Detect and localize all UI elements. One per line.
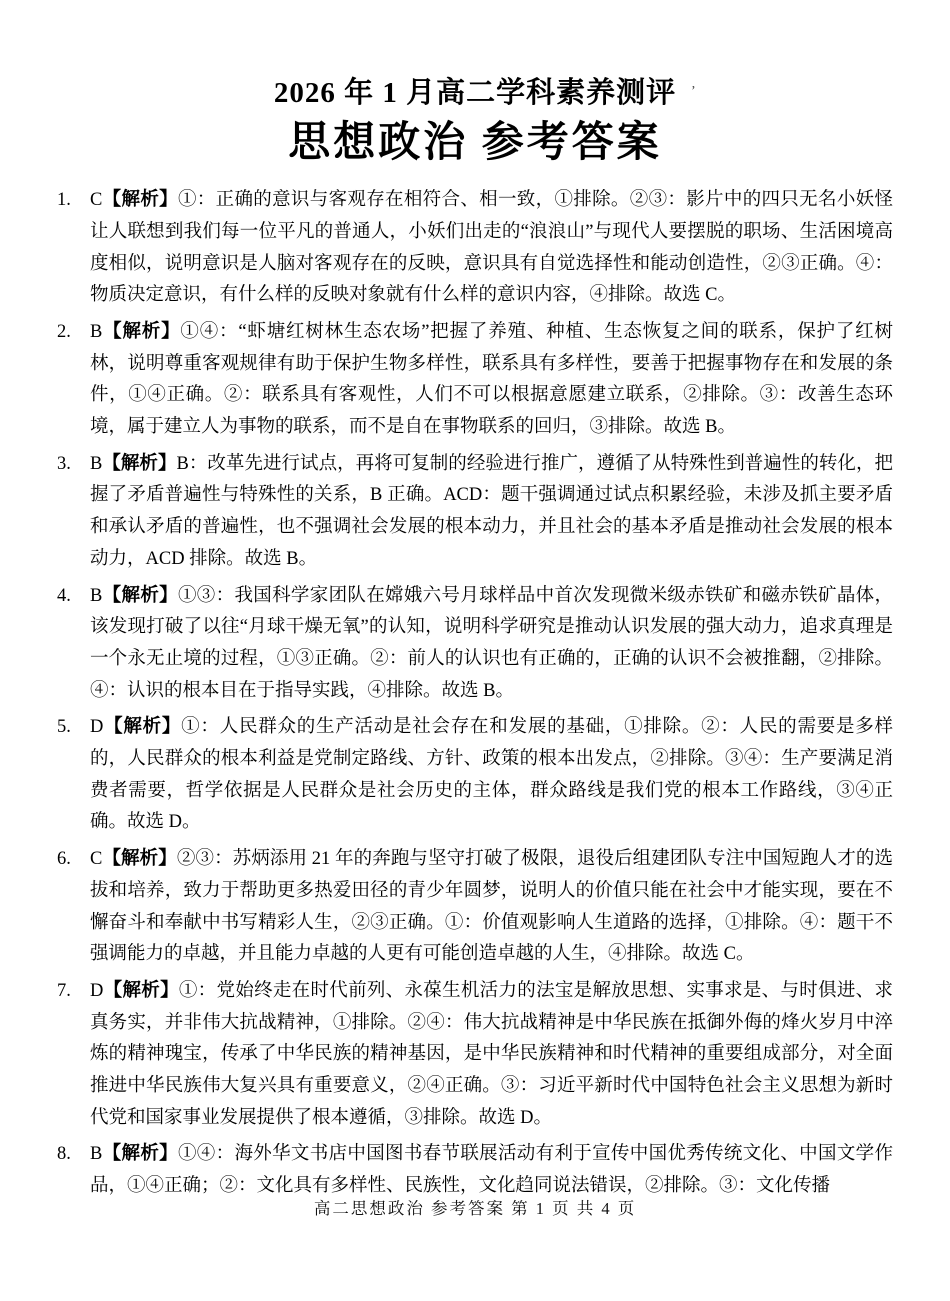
item-number: 1. xyxy=(57,185,90,217)
item-explanation: ①：人民群众的生产活动是社会存在和发展的基础，①排除。②：人民的需要是多样的，人… xyxy=(90,717,893,832)
analysis-marker: 【解析】 xyxy=(103,979,179,1000)
item-explanation: ①：正确的意识与客观存在相符合、相一致，①排除。②③：影片中的四只无名小妖怪让人… xyxy=(90,190,893,305)
answers-list: 1.C【解析】①：正确的意识与客观存在相符合、相一致，①排除。②③：影片中的四只… xyxy=(57,183,893,1203)
item-number: 4. xyxy=(57,581,90,613)
item-number: 8. xyxy=(57,1139,90,1171)
item-answer: B xyxy=(90,322,102,342)
analysis-marker: 【解析】 xyxy=(102,320,180,341)
item-answer: D xyxy=(90,717,103,737)
item-explanation: ②③：苏炳添用 21 年的奔跑与坚守打破了极限，退役后组建团队专注中国短跑人才的… xyxy=(90,849,893,964)
page-subtitle: 思想政治 参考答案 xyxy=(0,119,950,167)
item-number: 7. xyxy=(57,976,90,1008)
item-number: 2. xyxy=(57,317,90,349)
answer-item-8: 8.B【解析】①④：海外华文书店中国图书春节联展活动有利于宣传中国优秀传统文化、… xyxy=(57,1137,893,1202)
item-answer: D xyxy=(90,981,103,1001)
answer-item-1: 1.C【解析】①：正确的意识与客观存在相符合、相一致，①排除。②③：影片中的四只… xyxy=(57,183,893,312)
answer-item-7: 7.D【解析】①：党始终走在时代前列、永葆生机活力的法宝是解放思想、实事求是、与… xyxy=(57,974,893,1135)
item-number: 6. xyxy=(57,844,90,876)
answer-item-4: 4.B【解析】①③：我国科学家团队在嫦娥六号月球样品中首次发现微米级赤铁矿和磁赤… xyxy=(57,579,893,708)
item-explanation: B：改革先进行试点，再将可复制的经验进行推广，遵循了从特殊性到普遍性的转化，把握… xyxy=(90,454,893,569)
answer-item-3: 3.B【解析】B：改革先进行试点，再将可复制的经验进行推广，遵循了从特殊性到普遍… xyxy=(57,447,893,576)
item-explanation: ①④：海外华文书店中国图书春节联展活动有利于宣传中国优秀传统文化、中国文学作品，… xyxy=(90,1144,893,1196)
item-explanation: ①：党始终走在时代前列、永葆生机活力的法宝是解放思想、实事求是、与时俱进、求真务… xyxy=(90,981,893,1128)
item-answer: B xyxy=(90,1144,102,1164)
item-answer: B xyxy=(90,454,102,474)
analysis-marker: 【解析】 xyxy=(102,847,177,868)
analysis-marker: 【解析】 xyxy=(102,188,178,209)
answer-key-page: 2026 年 1 月高二学科素养测评 ’ 思想政治 参考答案 1.C【解析】①：… xyxy=(0,0,950,1301)
scan-artifact-mark: ’ xyxy=(691,84,696,100)
item-explanation: ①③：我国科学家团队在嫦娥六号月球样品中首次发现微米级赤铁矿和磁赤铁矿晶体，该发… xyxy=(90,586,893,701)
answer-item-2: 2.B【解析】①④：“虾塘红树林生态农场”把握了养殖、种植、生态恢复之间的联系，… xyxy=(57,315,893,444)
item-answer: C xyxy=(90,190,102,210)
answer-item-6: 6.C【解析】②③：苏炳添用 21 年的奔跑与坚守打破了极限，退役后组建团队专注… xyxy=(57,842,893,971)
analysis-marker: 【解析】 xyxy=(102,1142,178,1163)
analysis-marker: 【解析】 xyxy=(103,715,181,736)
item-answer: C xyxy=(90,849,102,869)
item-explanation: ①④：“虾塘红树林生态农场”把握了养殖、种植、生态恢复之间的联系，保护了红树林，… xyxy=(90,322,893,437)
page-title: 2026 年 1 月高二学科素养测评 xyxy=(0,76,950,111)
page-footer: 高二思想政治 参考答案 第 1 页 共 4 页 xyxy=(0,1195,950,1219)
item-number: 5. xyxy=(57,712,90,744)
item-answer: B xyxy=(90,586,102,606)
analysis-marker: 【解析】 xyxy=(102,452,176,473)
item-number: 3. xyxy=(57,449,90,481)
answer-item-5: 5.D【解析】①：人民群众的生产活动是社会存在和发展的基础，①排除。②：人民的需… xyxy=(57,710,893,839)
analysis-marker: 【解析】 xyxy=(102,584,178,605)
